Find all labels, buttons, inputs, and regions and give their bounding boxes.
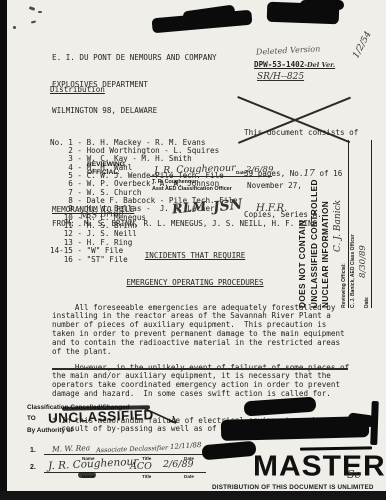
memo-date: November 27, [247, 182, 302, 191]
film-edge-bottom [0, 491, 386, 500]
handwritten-row1-name: M. W. Rea [52, 443, 90, 453]
declass-to-label: TO [27, 415, 36, 422]
authority-row2-rule [44, 472, 206, 473]
reviewing-officer-title: Asst AED Classification Officer [152, 186, 232, 192]
handwritten-row2-title: ACO [130, 461, 152, 472]
master-stamp: MASTER [253, 451, 386, 483]
distribution-statement: DISTRIBUTION OF THIS DOCUMENT IS UNLIMIT… [212, 484, 374, 491]
from-line: FROM: M. S. BRINN, R. L. MENEGUS, J. S. … [52, 220, 317, 229]
doc-number-handwritten-suffix: -Del Ver. [304, 61, 335, 69]
redaction-mark [300, 0, 344, 10]
handwritten-corner-date: 1/2/54 [351, 30, 373, 60]
ink-speck [29, 6, 36, 11]
signature-rule [150, 176, 272, 177]
reviewing-officer-name: T. R. Coughenour [152, 179, 197, 185]
redaction-mark [370, 401, 379, 445]
scribble-mark [78, 472, 96, 478]
declass-authority-label: By Authority of [27, 427, 73, 434]
ink-speck [13, 26, 16, 29]
ucni-officer-name: C. J. Banick, AED Class Officer [350, 133, 356, 308]
ucni-date-label: Date [364, 297, 370, 308]
handwritten-date: 2/6/89 [246, 165, 273, 175]
footnote-rule [52, 368, 348, 370]
handwritten-master-note: Sc [347, 468, 361, 481]
handwritten-ucni-date: 8/30/89 [358, 245, 368, 278]
company-name: E. I. DU PONT DE NEMOURS AND COMPANY [52, 54, 217, 63]
redaction-mark [201, 441, 256, 461]
authority-row2-number: 2. [30, 464, 36, 471]
ink-speck [38, 11, 42, 13]
handwritten-initials-jsn: JSN [212, 197, 243, 216]
handwritten-row2-date: 2/6/89 [163, 459, 194, 470]
handwritten-initials-rlm: RLM [171, 200, 207, 218]
date-label: Date [236, 170, 246, 175]
authority-row1-number: 1. [30, 447, 36, 454]
doc-number: DPW-53-1402-Del Ver. [254, 61, 335, 70]
row2-date-label: Date [184, 474, 194, 479]
row2-title-label: Title [142, 474, 151, 479]
scanned-memo-page: E. I. DU PONT DE NEMOURS AND COMPANY EXP… [0, 0, 386, 500]
distribution-title: Distribution [50, 86, 237, 94]
authority-row1-rule [44, 454, 206, 455]
handwritten-initials-hfr: H.F.R. [256, 203, 287, 214]
ucni-date-row: Date 8/30/89 [358, 140, 372, 308]
handwritten-row2-name: J. R. Coughenour [48, 456, 139, 473]
handwritten-arrow [138, 404, 184, 430]
handwritten-row1-title: Associate Declassifier [96, 444, 168, 455]
reviewing-official-stamp-label: REVIEWING OFFICIAL: [87, 161, 125, 176]
from-names: M. S. BRINN, R. L. MENEGUS, J. S. NEILL,… [84, 219, 317, 228]
film-edge-left [0, 0, 7, 500]
handwritten-deleted-version: Deleted Version [256, 44, 321, 56]
handwritten-file-number: SR/H--825 [257, 72, 304, 82]
ink-speck [31, 20, 36, 23]
